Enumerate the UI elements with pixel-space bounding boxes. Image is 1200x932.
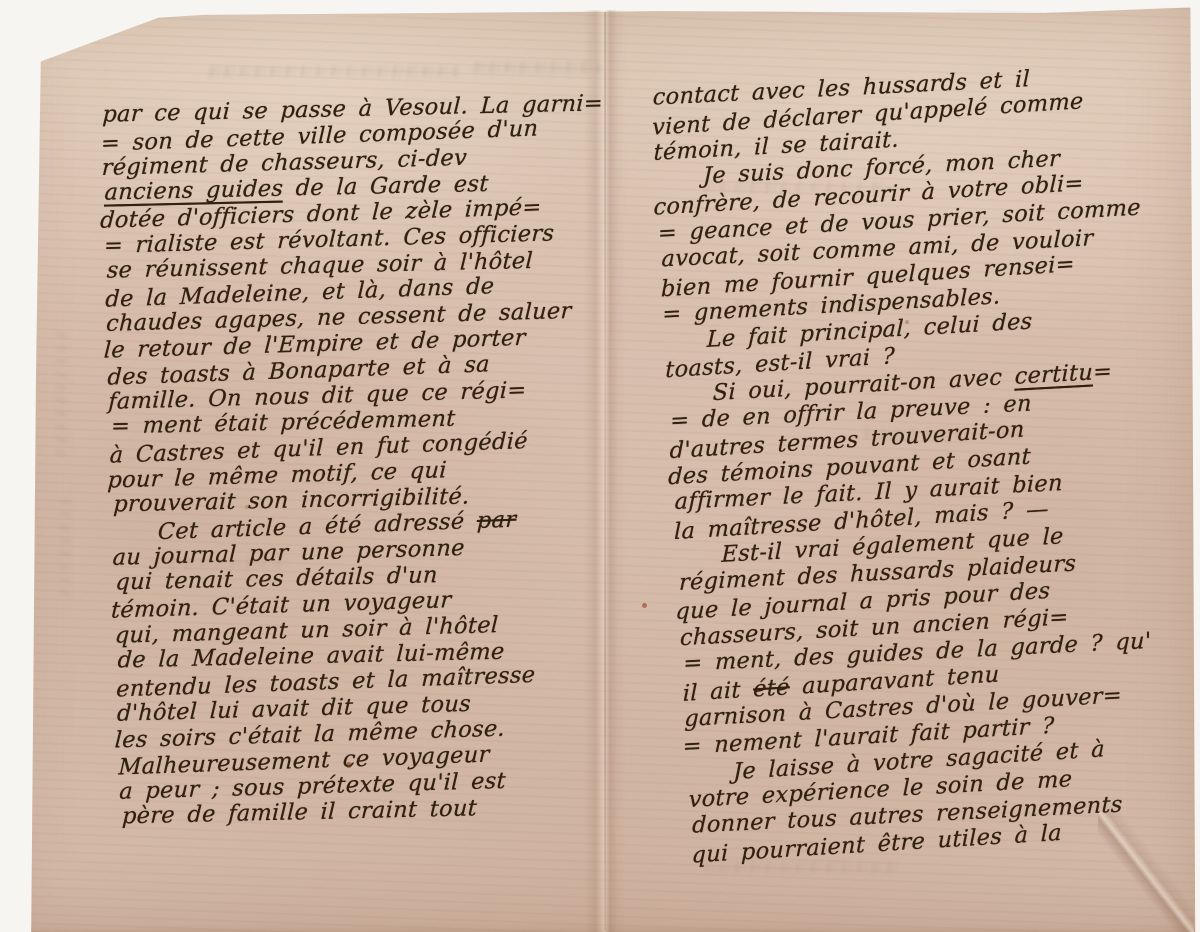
struck-word: été xyxy=(753,674,790,702)
letter-page-left: par ce qui se passe à Vesoul. La garni==… xyxy=(100,89,621,831)
struck-word: par xyxy=(476,507,516,534)
letter-page-right: contact avec les hussards et ilvient de … xyxy=(650,60,1175,868)
underlined-word: anciens guides xyxy=(104,176,284,206)
underlined-word: certitu xyxy=(1014,359,1093,389)
foxing-speck xyxy=(642,603,647,608)
letter-photo: par ce qui se passe à Vesoul. La garni==… xyxy=(0,0,1200,932)
